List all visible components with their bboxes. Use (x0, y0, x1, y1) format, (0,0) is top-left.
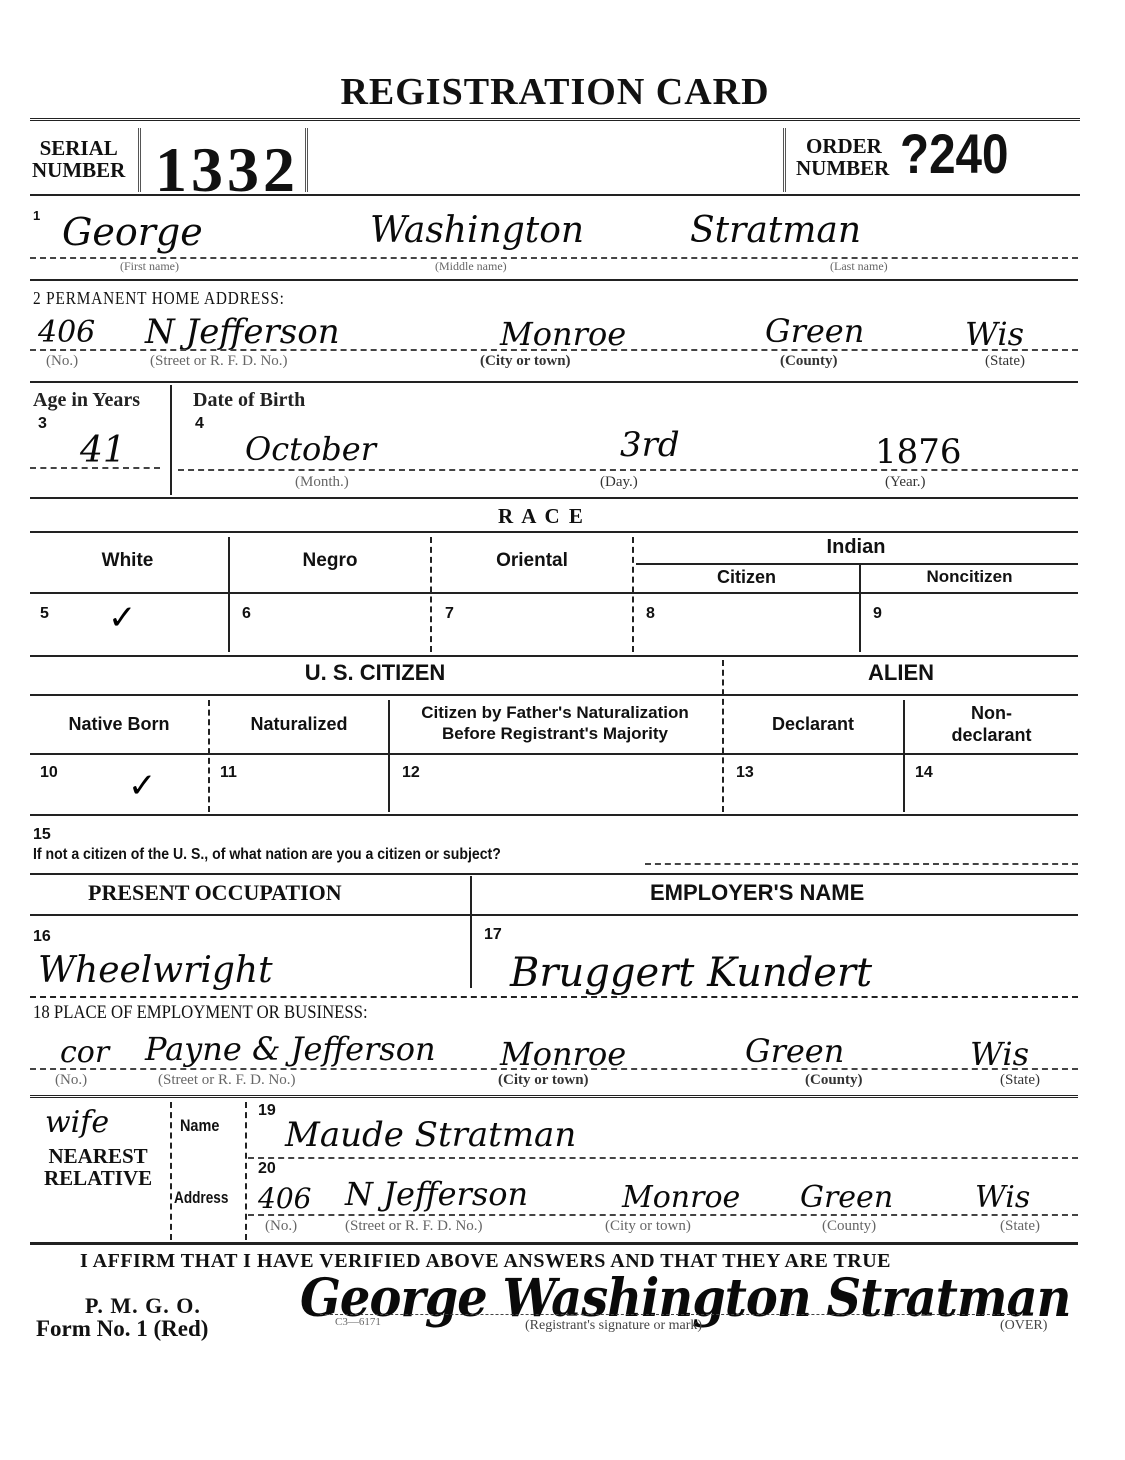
relative-name-value: Maude Stratman (285, 1115, 576, 1155)
relative-city-label: (City or town) (605, 1218, 691, 1235)
rule (30, 531, 1078, 533)
divider (470, 876, 472, 988)
rule (30, 497, 1078, 499)
employment-place-label: 18 PLACE OF EMPLOYMENT OR BUSINESS: (33, 1002, 368, 1024)
first-name-label: (First name) (120, 259, 179, 274)
relative-no-label: (No.) (265, 1218, 297, 1235)
rule (30, 279, 1078, 281)
field-number-7: 7 (445, 605, 454, 623)
declarant-checkbox[interactable] (800, 766, 860, 806)
age-value: 41 (80, 430, 126, 471)
field-number-5: 5 (40, 605, 49, 623)
rule (30, 873, 1078, 875)
home-city-value: Monroe (500, 315, 626, 353)
card-title: REGISTRATION CARD (0, 70, 1110, 114)
last-name-value: Stratman (690, 210, 861, 251)
race-indian-citizen-label: Citizen (634, 567, 859, 588)
home-city-label: (City or town) (480, 353, 571, 370)
field-number-17: 17 (484, 926, 502, 944)
middle-name-value: Washington (370, 210, 584, 251)
serial-number: 1332 (155, 138, 299, 202)
field-number-19: 19 (258, 1102, 276, 1120)
divider (305, 128, 308, 192)
us-citizen-heading: U. S. CITIZEN (30, 660, 720, 686)
home-no-value: 406 (38, 315, 95, 350)
nondeclarant-label: Non- declarant (905, 702, 1078, 746)
occupation-heading: PRESENT OCCUPATION (88, 880, 342, 906)
birth-day-value: 3rd (620, 425, 680, 465)
field-number-11: 11 (220, 764, 237, 782)
signature-label: (Registrant's signature or mark) (525, 1318, 702, 1334)
relative-addr-street-value: N Jefferson (345, 1175, 528, 1213)
race-negro-checkbox[interactable] (300, 598, 360, 638)
race-white-checkbox[interactable]: ✓ (108, 598, 137, 638)
rule (30, 194, 1080, 196)
home-street-value: N Jefferson (145, 312, 340, 352)
rule (30, 655, 1078, 657)
relative-name-label: Name (180, 1116, 219, 1136)
rule (30, 381, 1078, 383)
field-number-12: 12 (402, 764, 420, 782)
race-oriental-label: Oriental (432, 550, 632, 572)
race-negro-label: Negro (230, 550, 430, 572)
middle-name-label: (Middle name) (435, 259, 507, 274)
field-number-3: 3 (38, 415, 47, 433)
race-indian-label: Indian (634, 536, 1078, 559)
dob-label: Date of Birth (193, 389, 305, 412)
relative-address-line (248, 1214, 1078, 1216)
relative-addr-county-value: Green (800, 1180, 893, 1215)
native-born-checkbox[interactable]: ✓ (128, 766, 157, 806)
home-state-label: (State) (985, 353, 1025, 370)
serial-label: SERIAL NUMBER (32, 137, 125, 181)
employer-value: Bruggert Kundert (510, 950, 872, 996)
native-born-label: Native Born (30, 714, 208, 735)
home-no-label: (No.) (46, 353, 78, 370)
relative-addr-city-value: Monroe (622, 1180, 740, 1215)
rule (30, 592, 1078, 594)
declarant-label: Declarant (724, 714, 902, 735)
employment-street-label: (Street or R. F. D. No.) (158, 1072, 296, 1089)
nearest-relative-label: NEAREST RELATIVE (44, 1145, 152, 1189)
nation-line (645, 863, 1078, 865)
field-number-10: 10 (40, 764, 58, 782)
home-state-value: Wis (965, 315, 1024, 353)
relative-addr-no-value: 406 (258, 1182, 311, 1215)
age-line (30, 467, 160, 469)
occupation-value: Wheelwright (38, 950, 273, 991)
signature-line (320, 1314, 1020, 1315)
relative-state-label: (State) (1000, 1218, 1040, 1235)
birth-year-label: (Year.) (885, 474, 926, 491)
rule (30, 1095, 1078, 1098)
nation-question: If not a citizen of the U. S., of what n… (33, 846, 501, 864)
by-father-checkbox[interactable] (520, 766, 580, 806)
employment-state-label: (State) (1000, 1072, 1040, 1089)
rule (30, 694, 1078, 696)
relative-addr-state-value: Wis (975, 1180, 1030, 1215)
home-address-line (30, 349, 1078, 351)
divider (170, 385, 172, 495)
employment-county-label: (County) (805, 1072, 863, 1089)
birth-year-value: 1876 (875, 432, 962, 472)
field-number-16: 16 (33, 928, 51, 946)
divider (170, 1102, 172, 1240)
field-number-8: 8 (646, 605, 655, 623)
rule (30, 1242, 1078, 1245)
dob-line (178, 469, 1078, 471)
employment-no-value: cor (60, 1035, 109, 1070)
rule (30, 996, 1078, 998)
home-county-label: (County) (780, 353, 838, 370)
order-number: ?240 (900, 122, 1008, 186)
employment-street-value: Payne & Jefferson (145, 1030, 436, 1068)
rule (30, 914, 1078, 916)
naturalized-checkbox[interactable] (280, 766, 340, 806)
race-indian-citizen-checkbox[interactable] (720, 598, 780, 638)
field-number-14: 14 (915, 764, 933, 782)
race-indian-noncitizen-checkbox[interactable] (940, 598, 1000, 638)
birth-day-label: (Day.) (600, 474, 638, 491)
home-street-label: (Street or R. F. D. No.) (150, 353, 288, 370)
rule (30, 814, 1078, 816)
birth-month-label: (Month.) (295, 474, 349, 491)
birth-month-value: October (245, 430, 376, 468)
field-number-9: 9 (873, 605, 882, 623)
employment-no-label: (No.) (55, 1072, 87, 1089)
race-oriental-checkbox[interactable] (500, 598, 560, 638)
field-number-13: 13 (736, 764, 754, 782)
field-number-15: 15 (33, 826, 51, 844)
age-label: Age in Years (33, 389, 140, 412)
race-white-label: White (30, 550, 225, 572)
last-name-label: (Last name) (830, 259, 888, 274)
field-number-1: 1 (33, 208, 40, 223)
employment-line (30, 1068, 1078, 1070)
field-number-4: 4 (195, 415, 204, 433)
field-number-20: 20 (258, 1160, 276, 1178)
by-father-label: Citizen by Father's Naturalization Befor… (390, 702, 720, 744)
divider (783, 128, 786, 192)
over-label: (OVER) (1000, 1318, 1047, 1334)
nondeclarant-checkbox[interactable] (980, 766, 1040, 806)
relative-name-line (248, 1157, 1078, 1159)
relative-street-label: (Street or R. F. D. No.) (345, 1218, 483, 1235)
order-label: ORDER NUMBER (796, 135, 889, 179)
divider (138, 128, 141, 192)
divider (245, 1102, 247, 1240)
relative-county-label: (County) (822, 1218, 876, 1235)
employer-heading: EMPLOYER'S NAME (650, 880, 864, 906)
race-indian-noncitizen-label: Noncitizen (861, 567, 1078, 587)
employment-county-value: Green (745, 1032, 844, 1070)
naturalized-label: Naturalized (210, 714, 388, 735)
nation-value[interactable] (650, 840, 1070, 864)
relative-relation-value: wife (45, 1105, 109, 1140)
name-line (30, 257, 1078, 259)
employment-city-label: (City or town) (498, 1072, 589, 1089)
relative-address-label: Address (174, 1188, 228, 1208)
home-county-value: Green (765, 312, 864, 350)
race-heading: R A C E (498, 504, 585, 529)
first-name-value: George (62, 210, 203, 254)
field-number-6: 6 (242, 605, 251, 623)
rule (636, 563, 1078, 565)
alien-heading: ALIEN (724, 660, 1078, 686)
home-address-label: 2 PERMANENT HOME ADDRESS: (33, 288, 285, 309)
top-rule (30, 118, 1080, 121)
rule (30, 753, 1078, 755)
form-label: Form No. 1 (Red) (36, 1316, 208, 1342)
